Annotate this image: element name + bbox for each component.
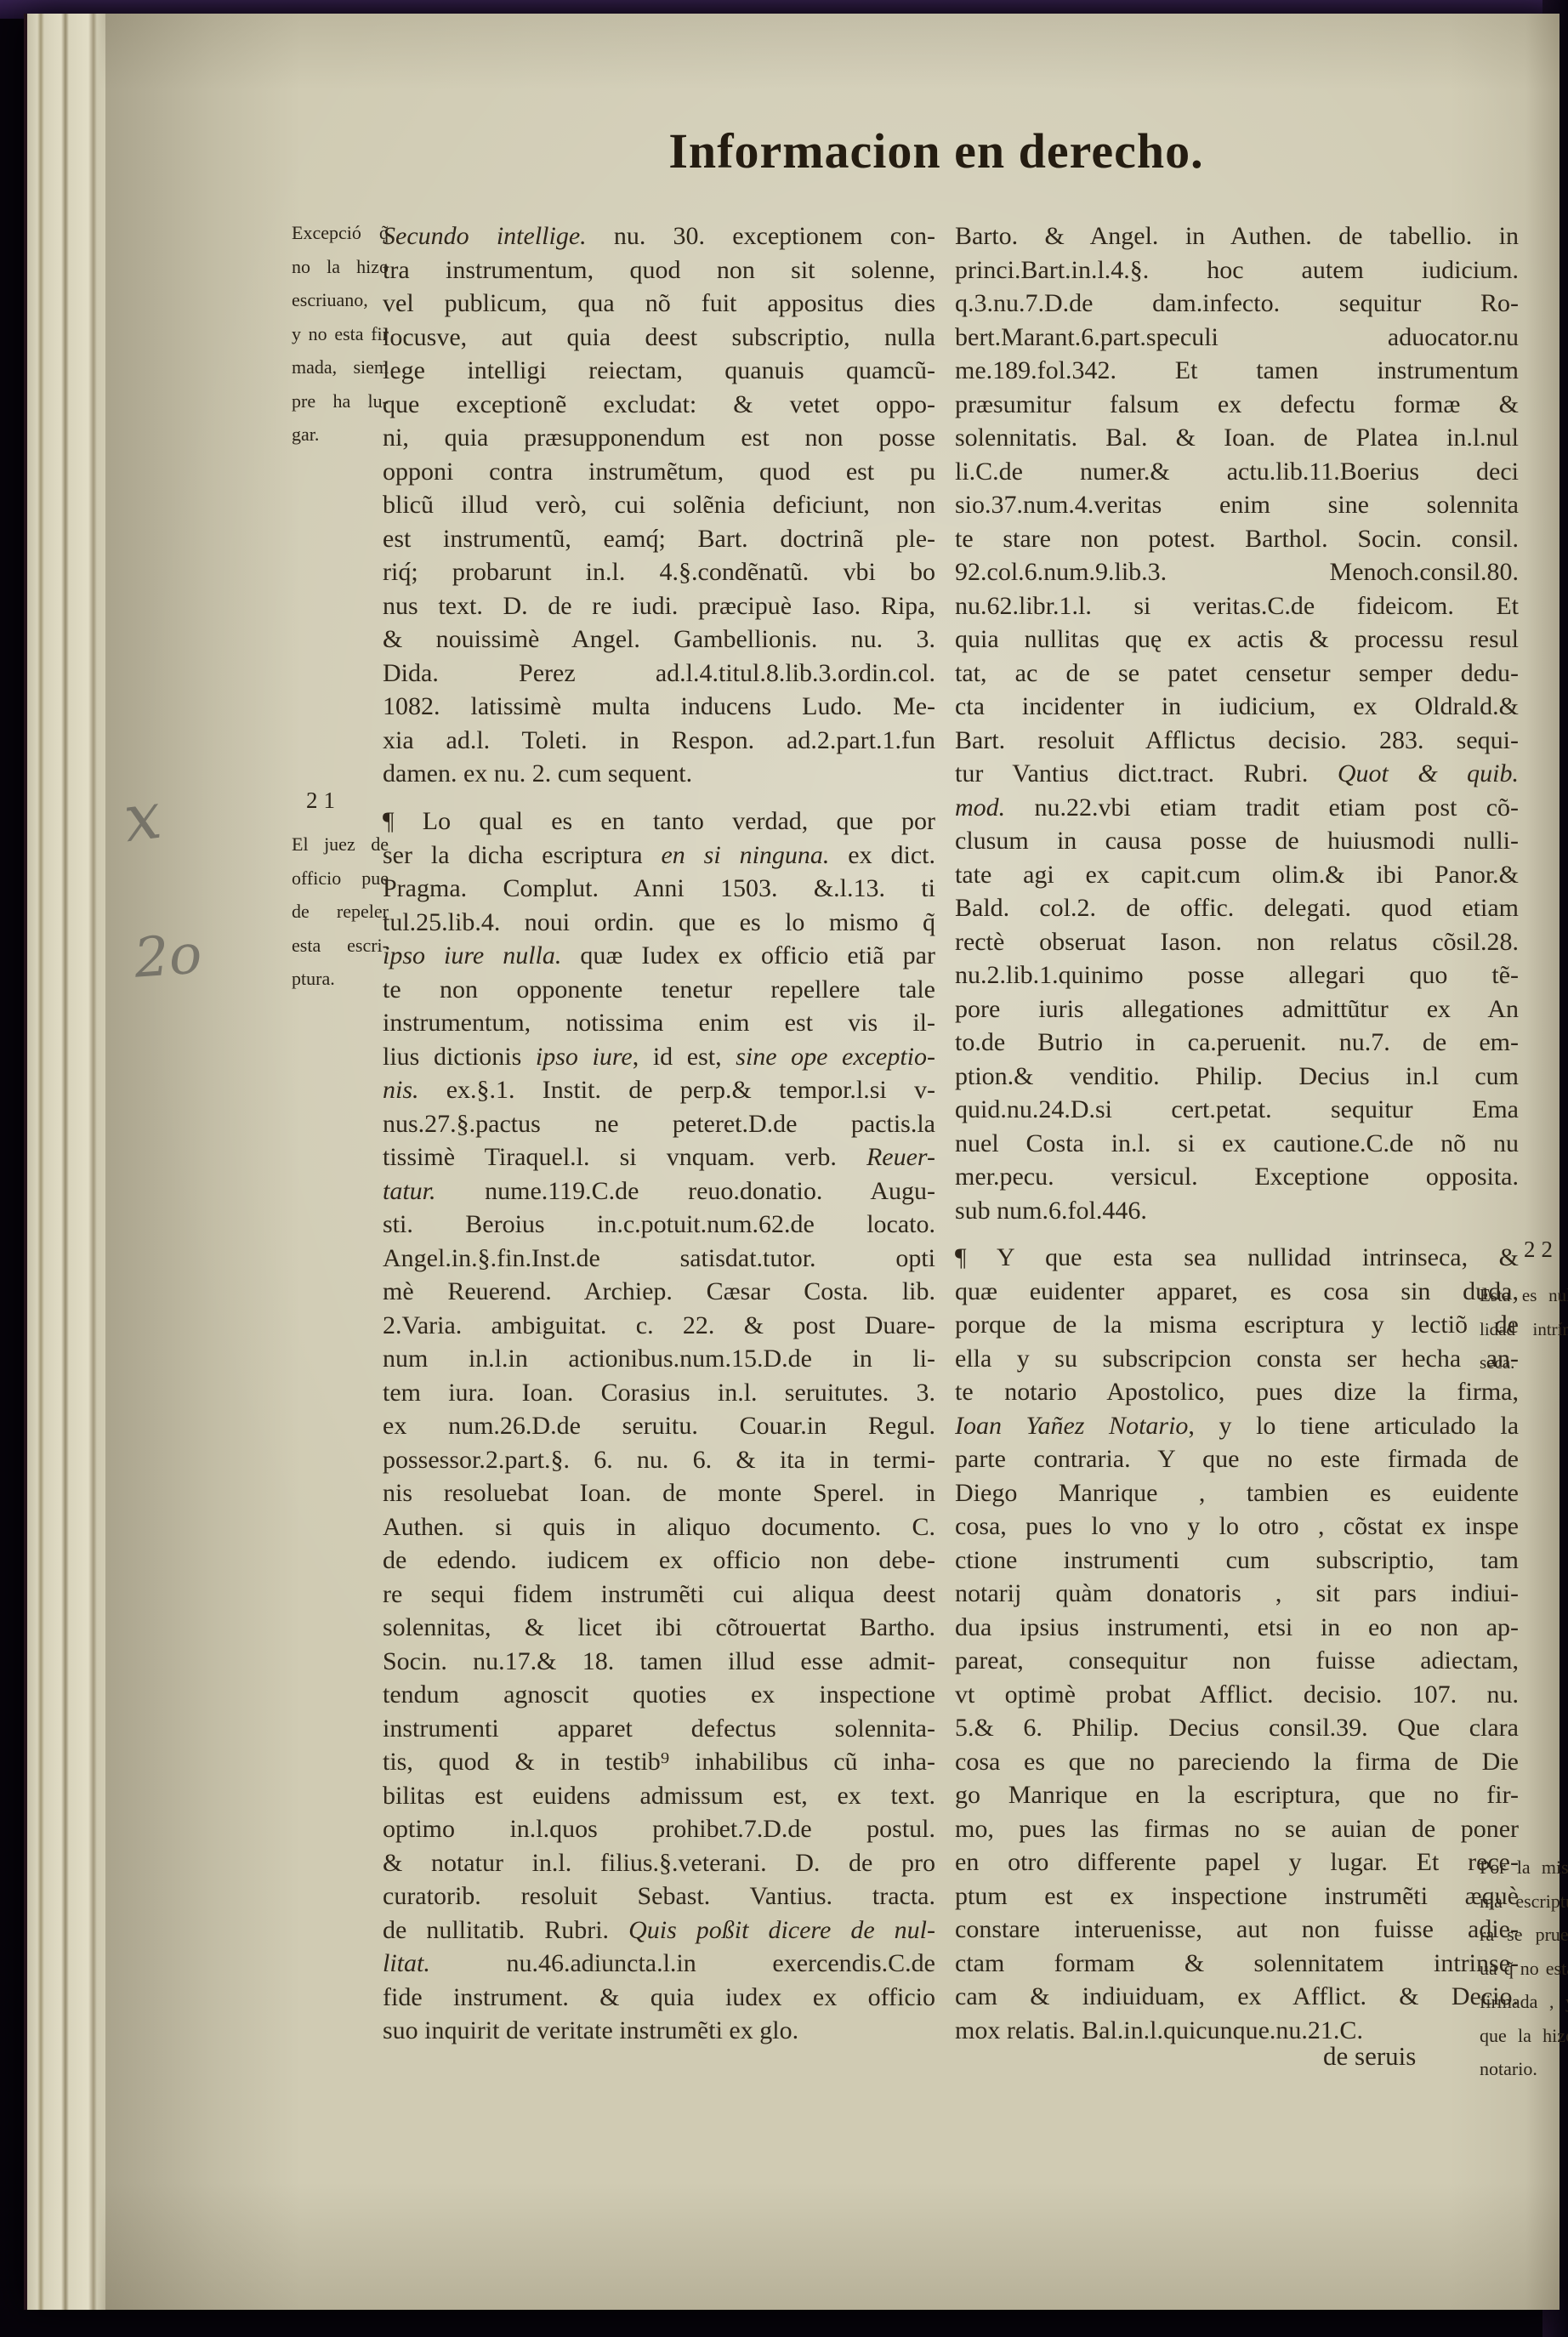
text-line: quia nullitas quę ex actis & processu re… xyxy=(955,623,1519,657)
text-line: solennitatis. Bal. & Ioan. de Platea in.… xyxy=(955,421,1519,455)
text-line: cosa, pues lo vno y lo otro , cõstat ex … xyxy=(955,1510,1519,1544)
text-line: princi.Bart.in.l.4.§. hoc autem iudicium… xyxy=(955,253,1519,287)
text-line: constare interuenisse, aut non fuisse ad… xyxy=(955,1913,1519,1947)
text-line: damen. ex nu. 2. cum sequent. xyxy=(383,757,935,791)
text-line: tatur. nume.119.C.de reuo.donatio. Augu- xyxy=(383,1174,935,1208)
text-line: Bart. resoluit Afflictus decisio. 283. s… xyxy=(955,724,1519,758)
text-line: est instrumentũ, eamq́; Bart. doctrinã p… xyxy=(383,522,935,556)
text-line: nus text. D. de re iudi. præcipuè Iaso. … xyxy=(383,589,935,623)
text-line: nu.2.lib.1.quinimo posse allegari quo tẽ… xyxy=(955,958,1519,992)
text-line: & nouissimè Angel. Gambellionis. nu. 3. xyxy=(383,623,935,657)
text-line: cam & indiuiduam, ex Afflict. & Decio. xyxy=(955,1980,1519,2014)
text-line: lius dictionis ipso iure, id est, sine o… xyxy=(383,1040,935,1074)
text-line: tat, ac de se patet censetur semper dedu… xyxy=(955,657,1519,691)
text-line: que exceptionẽ excludat: & vetet oppo- xyxy=(383,388,935,422)
text-line: escriuano, xyxy=(292,283,389,317)
text-line: mod. nu.22.vbi etiam tradit etiam post c… xyxy=(955,791,1519,825)
text-line: præsumitur falsum ex defectu formæ & xyxy=(955,388,1519,422)
text-line: parte contraria. Y que no este firmada d… xyxy=(955,1442,1519,1476)
text-line: mo, pues las firmas no se auian de poner xyxy=(955,1812,1519,1846)
text-line: re sequi fidem instrumẽti cui aliqua dee… xyxy=(383,1578,935,1612)
text-line: 92.col.6.num.9.lib.3. Menoch.consil.80. xyxy=(955,555,1519,589)
text-line: riq́; probarunt in.l. 4.§.condẽnatũ. vbi… xyxy=(383,555,935,589)
text-line: vel publicum, qua nõ fuit appositus dies xyxy=(383,287,935,321)
text-line: de repeler xyxy=(292,895,389,929)
gutter-shadow xyxy=(105,14,301,2310)
text-line: cosa es que no pareciendo la firma de Di… xyxy=(955,1745,1519,1779)
text-line: sti. Beroius in.c.potuit.num.62.de locat… xyxy=(383,1208,935,1242)
text-line: 1082. latissimè multa inducens Ludo. Me- xyxy=(383,690,935,724)
text-line: tem iura. Ioan. Corasius in.l. seruitute… xyxy=(383,1376,935,1410)
text-line: tis, quod & in testib⁹ inhabilibus cũ in… xyxy=(383,1745,935,1779)
margin-note-judge-repel: El juez deofficio puede repeleresta escr… xyxy=(292,827,389,996)
text-line: go Manrique en la escriptura, que no fir… xyxy=(955,1778,1519,1812)
text-line: ma escriptu xyxy=(1480,1885,1568,1919)
text-line: ex num.26.D.de seruitu. Couar.in Regul. xyxy=(383,1409,935,1443)
text-line: li.C.de numer.& actu.lib.11.Boerius deci xyxy=(955,455,1519,489)
text-line: nu.62.libr.1.l. si veritas.C.de fideicom… xyxy=(955,589,1519,623)
text-line: locusve, aut quia deest subscriptio, nul… xyxy=(383,321,935,355)
text-line: xia ad.l. Toleti. in Respon. ad.2.part.1… xyxy=(383,724,935,758)
left-column-paragraph-1: Secundo intellige. nu. 30. exceptionem c… xyxy=(383,219,935,791)
text-line: notarij quàm donatoris , sit pars indiui… xyxy=(955,1577,1519,1611)
text-line: lege intelligi reiectam, quanuis quamcũ- xyxy=(383,354,935,388)
text-line: 2.Varia. ambiguitat. c. 22. & post Duare… xyxy=(383,1309,935,1343)
text-line: quid.nu.24.D.si cert.petat. sequitur Ema xyxy=(955,1093,1519,1127)
text-line: pore iuris allegationes admittũtur ex An xyxy=(955,992,1519,1026)
text-line: ella y su subscripcion consta ser hecha … xyxy=(955,1342,1519,1376)
page-title: Informacion en derecho. xyxy=(358,122,1514,179)
text-line: no la hizo xyxy=(292,250,389,284)
book-page: Informacion en derecho. Excepció q̃no la… xyxy=(24,14,1559,2310)
text-line: seca. xyxy=(1480,1346,1568,1380)
text-line: rectè obseruat Iason. non relatus cõsil.… xyxy=(955,925,1519,959)
text-line: ctam formam & solennitatem intrinse- xyxy=(955,1947,1519,1981)
text-line: ser la dicha escriptura en si ninguna. e… xyxy=(383,839,935,873)
text-line: firmada , y xyxy=(1480,1985,1568,2019)
text-line: ption.& venditio. Philip. Decius in.l cu… xyxy=(955,1060,1519,1094)
text-line: sub num.6.fol.446. xyxy=(955,1194,1519,1228)
text-line: nis resoluebat Ioan. de monte Sperel. in xyxy=(383,1476,935,1510)
text-line: suo inquirit de veritate instrumẽti ex g… xyxy=(383,2014,935,2048)
text-line: bilitas est euidens admissum est, ex tex… xyxy=(383,1779,935,1813)
text-line: El juez de xyxy=(292,827,389,861)
text-line: mè Reuerend. Archiep. Cæsar Costa. lib. xyxy=(383,1275,935,1309)
text-line: ¶ Y que esta sea nullidad intrinseca, & xyxy=(955,1241,1519,1275)
text-line: Secundo intellige. nu. 30. exceptionem c… xyxy=(383,219,935,253)
text-line: porque de la misma escriptura y lectiõ d… xyxy=(955,1308,1519,1342)
text-line: notario. xyxy=(1480,2052,1568,2086)
text-line: officio pue xyxy=(292,861,389,896)
text-line: tra instrumentum, quod non sit solenne, xyxy=(383,253,935,287)
text-line: ra se prue- xyxy=(1480,1918,1568,1952)
text-line: Esta es nul xyxy=(1480,1279,1568,1313)
text-line: Bald. col.2. de offic. delegati. quod et… xyxy=(955,891,1519,925)
text-line: te stare non potest. Barthol. Socin. con… xyxy=(955,522,1519,556)
text-line: clusum in causa posse de huiusmodi nulli… xyxy=(955,824,1519,858)
text-line: bert.Marant.6.part.speculi aduocator.nu xyxy=(955,321,1519,355)
text-line: litat. nu.46.adiuncta.l.in exercendis.C.… xyxy=(383,1947,935,1981)
text-line: Pragma. Complut. Anni 1503. &.l.13. ti xyxy=(383,872,935,906)
text-line: possessor.2.part.§. 6. nu. 6. & ita in t… xyxy=(383,1443,935,1477)
catchword: de seruis xyxy=(1323,2041,1416,2072)
text-line: instrumenti apparet defectus solennita- xyxy=(383,1712,935,1746)
text-line: esta escri- xyxy=(292,929,389,963)
text-line: ¶ Lo qual es en tanto verdad, que por xyxy=(383,805,935,839)
text-line: ctione instrumenti cum subscriptio, tam xyxy=(955,1544,1519,1578)
text-line: vt optimè probat Afflict. decisio. 107. … xyxy=(955,1678,1519,1712)
text-line: que la hizo xyxy=(1480,2019,1568,2053)
text-line: Socin. nu.17.& 18. tamen illud esse admi… xyxy=(383,1645,935,1679)
text-line: ua q̃ no esta xyxy=(1480,1952,1568,1986)
section-number-21: 21 xyxy=(306,788,341,814)
text-line: tendum agnoscit quoties ex inspectione xyxy=(383,1678,935,1712)
text-line: optimo in.l.quos prohibet.7.D.de postul. xyxy=(383,1812,935,1846)
text-line: nuel Costa in.l. si ex cautione.C.de nõ … xyxy=(955,1127,1519,1161)
text-line: ptum est ex inspectione instrumẽti æquè xyxy=(955,1879,1519,1913)
text-line: instrumentum, notissima enim est vis il- xyxy=(383,1006,935,1040)
margin-note-intrinsic-nullity: Esta es nullidad intrínseca. xyxy=(1480,1279,1568,1380)
text-line: nis. ex.§.1. Instit. de perp.& tempor.l.… xyxy=(383,1073,935,1107)
text-line: Diego Manrique , tambien es euidente xyxy=(955,1476,1519,1510)
text-line: ipso iure nulla. quæ Iudex ex officio et… xyxy=(383,939,935,973)
text-line: Por la mis- xyxy=(1480,1851,1568,1885)
text-line: mox relatis. Bal.in.l.quicunque.nu.21.C. xyxy=(955,2014,1519,2048)
text-line: en otro differente papel y lugar. Et rec… xyxy=(955,1845,1519,1879)
text-line: ptura. xyxy=(292,962,389,996)
text-line: Ioan Yañez Notario, y lo tiene articulad… xyxy=(955,1409,1519,1443)
page-fore-edges xyxy=(24,14,105,2310)
right-column-paragraph-2: ¶ Y que esta sea nullidad intrinseca, &q… xyxy=(955,1241,1519,2047)
text-line: num in.l.in actionibus.num.15.D.de in li… xyxy=(383,1342,935,1376)
scanned-page-background: Informacion en derecho. Excepció q̃no la… xyxy=(0,0,1568,2337)
text-line: pareat, consequitur non fuisse adiectam, xyxy=(955,1644,1519,1678)
text-line: Excepció q̃ xyxy=(292,216,389,250)
right-column-paragraph-1: Barto. & Angel. in Authen. de tabellio. … xyxy=(955,219,1519,1227)
text-line: 5.& 6. Philip. Decius consil.39. Que cla… xyxy=(955,1711,1519,1745)
text-line: mada, siem xyxy=(292,350,389,384)
margin-note-proof-notary: Por la mis-ma escriptura se prue-ua q̃ n… xyxy=(1480,1851,1568,2086)
text-line: curatorib. resoluit Sebast. Vantius. tra… xyxy=(383,1879,935,1913)
text-line: solennitas, & licet ibi cõtrouertat Bart… xyxy=(383,1611,935,1645)
text-line: sio.37.num.4.veritas enim sine solennita xyxy=(955,488,1519,522)
text-line: fide instrument. & quia iudex ex officio xyxy=(383,1981,935,2015)
text-line: quæ euidenter apparet, es cosa sin duda, xyxy=(955,1275,1519,1309)
text-line: te non opponente tenetur repellere tale xyxy=(383,973,935,1007)
text-line: y no esta fir xyxy=(292,317,389,351)
text-line: cta incidenter in iudicium, ex Oldrald.& xyxy=(955,690,1519,724)
margin-note-exception: Excepció q̃no la hizoescriuano,y no esta… xyxy=(292,216,389,452)
text-line: ni, quia præsupponendum est non posse xyxy=(383,421,935,455)
text-line: gar. xyxy=(292,418,389,452)
text-line: Barto. & Angel. in Authen. de tabellio. … xyxy=(955,219,1519,253)
text-line: te notario Apostolico, pues dize la firm… xyxy=(955,1375,1519,1409)
text-line: me.189.fol.342. Et tamen instrumentum xyxy=(955,354,1519,388)
text-line: Angel.in.§.fin.Inst.de satisdat.tutor. o… xyxy=(383,1242,935,1276)
text-line: to.de Butrio in ca.peruenit. nu.7. de em… xyxy=(955,1026,1519,1060)
text-line: blicũ illud verò, cui solẽnia deficiunt,… xyxy=(383,488,935,522)
section-number-22: 22 xyxy=(1524,1237,1559,1263)
text-line: opponi contra instrumẽtum, quod est pu xyxy=(383,455,935,489)
left-column-paragraph-2: ¶ Lo qual es en tanto verdad, que porser… xyxy=(383,805,935,2048)
text-line: tur Vantius dict.tract. Rubri. Quot & qu… xyxy=(955,757,1519,791)
text-line: pre ha lu- xyxy=(292,384,389,418)
text-line: de edendo. iudicem ex officio non debe- xyxy=(383,1544,935,1578)
text-line: & notatur in.l. filius.§.veterani. D. de… xyxy=(383,1846,935,1880)
text-line: q.3.nu.7.D.de dam.infecto. sequitur Ro- xyxy=(955,287,1519,321)
text-line: tate agi ex capit.cum olim.& ibi Panor.& xyxy=(955,858,1519,892)
text-line: tissimè Tiraquel.l. si vnquam. verb. Reu… xyxy=(383,1140,935,1174)
text-line: tul.25.lib.4. noui ordin. que es lo mism… xyxy=(383,906,935,940)
text-line: Dida. Perez ad.l.4.titul.8.lib.3.ordin.c… xyxy=(383,657,935,691)
handwritten-numeral-mark: 2o xyxy=(133,923,204,990)
text-line: mer.pecu. versicul. Exceptione opposita. xyxy=(955,1160,1519,1194)
text-line: nus.27.§.pactus ne peteret.D.de pactis.l… xyxy=(383,1107,935,1141)
text-line: de nullitatib. Rubri. Quis poßit dicere … xyxy=(383,1913,935,1947)
text-line: Authen. si quis in aliquo documento. C. xyxy=(383,1510,935,1544)
text-line: dua ipsius instrumenti, etsi in eo non a… xyxy=(955,1611,1519,1645)
text-line: lidad intrín xyxy=(1480,1313,1568,1347)
